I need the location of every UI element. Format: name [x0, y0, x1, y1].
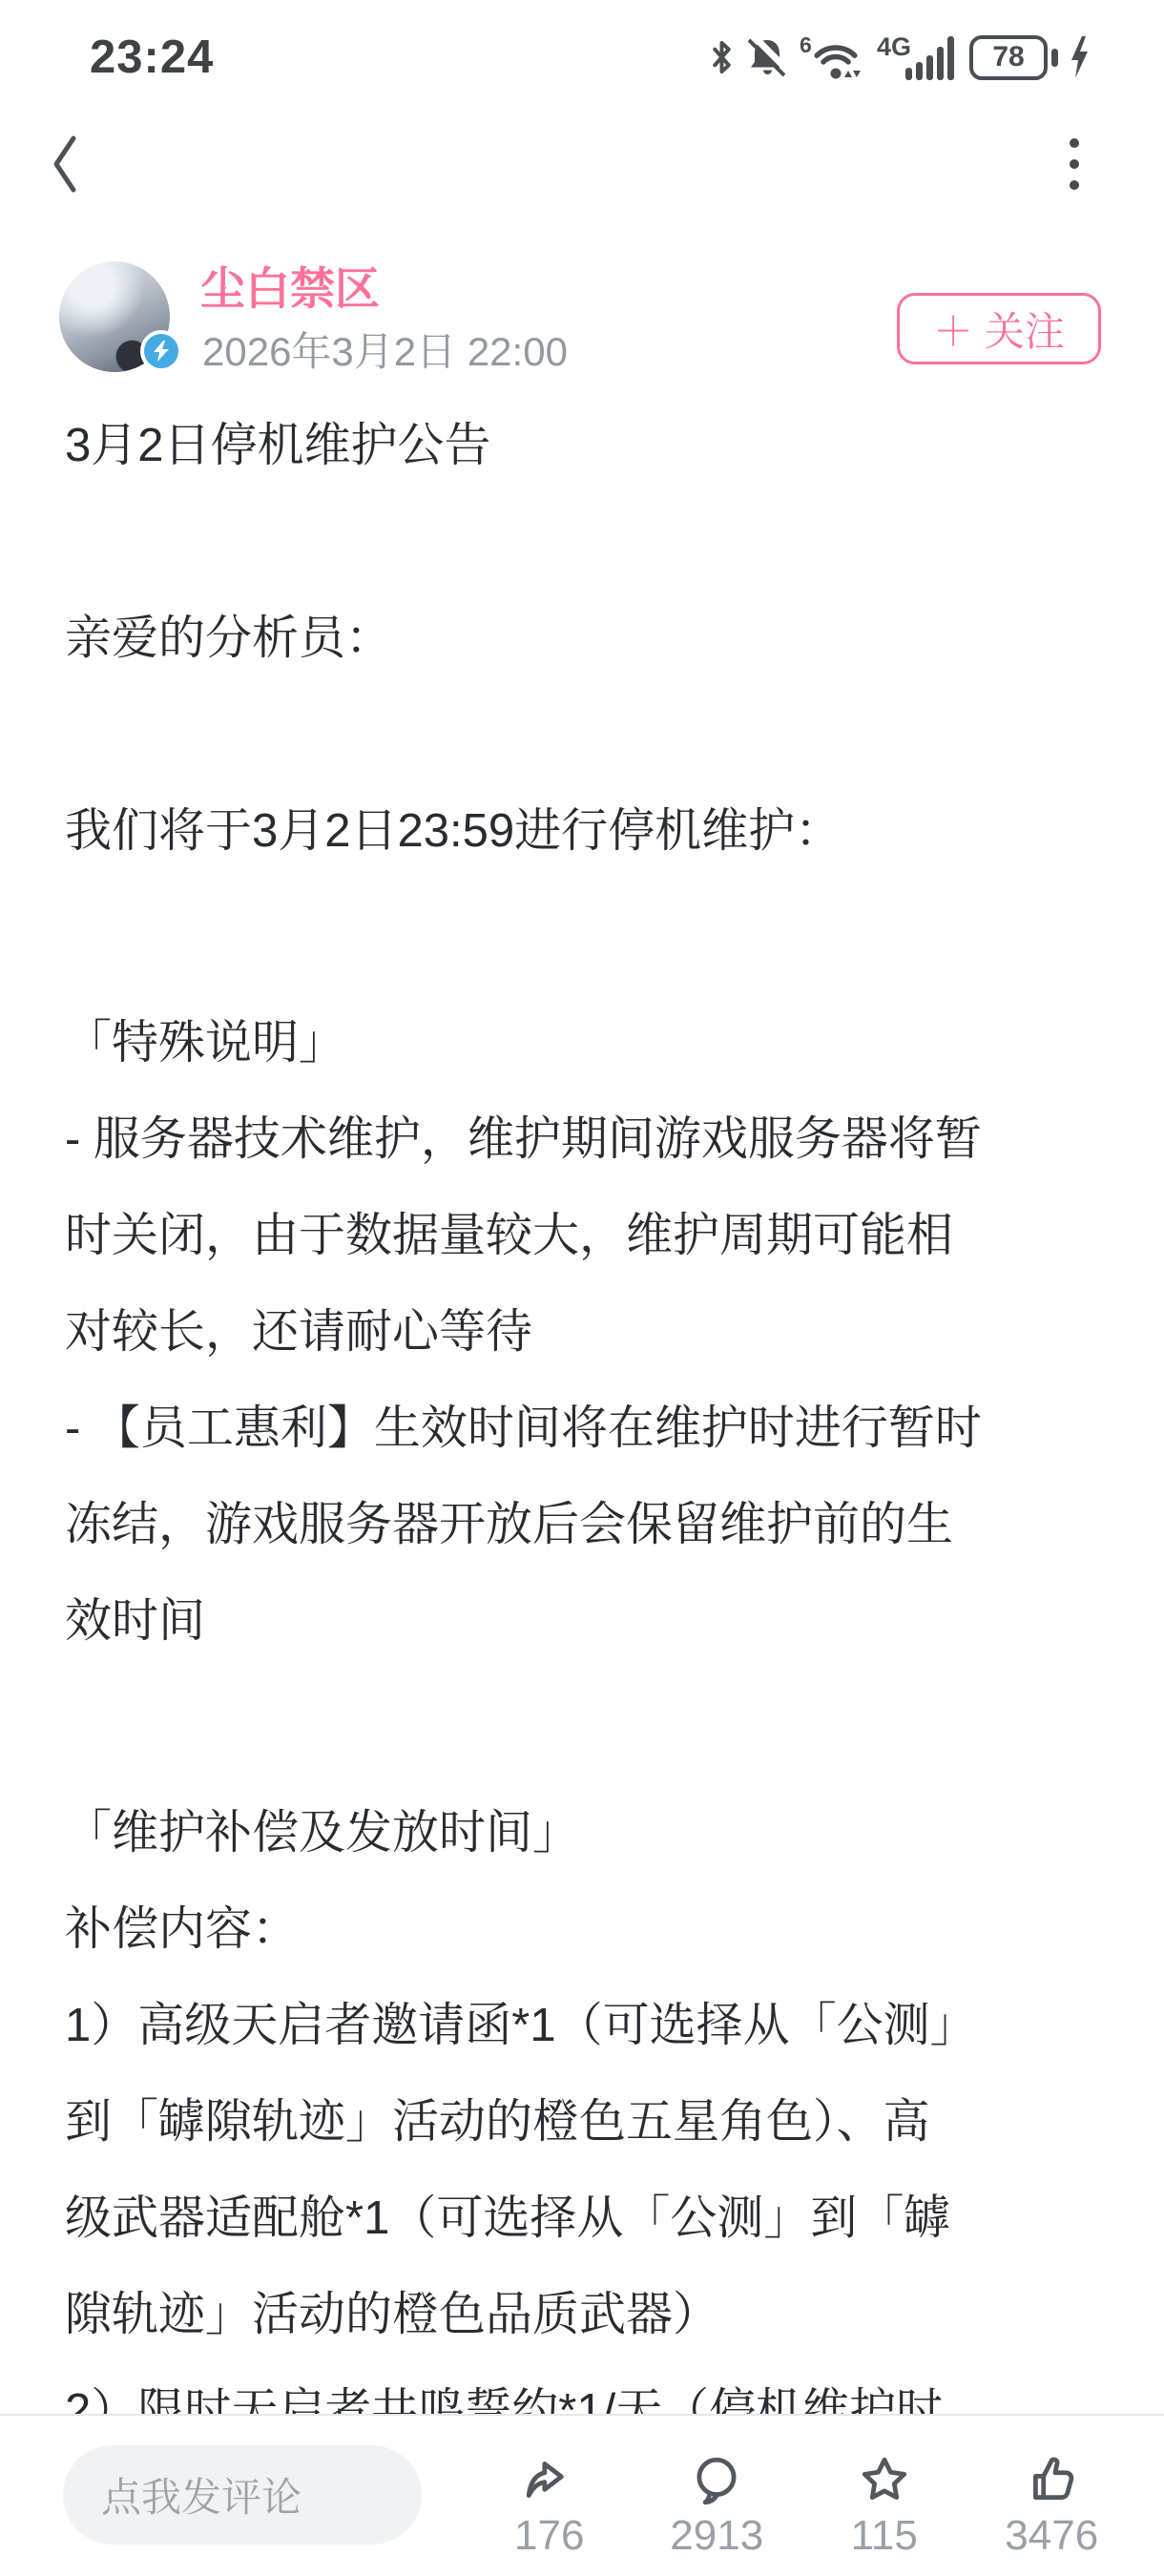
comment-input[interactable]: 点我发评论	[63, 2445, 422, 2545]
post-section-heading: 「维护补偿及发放时间」	[65, 1785, 1126, 1881]
post-date: 2026年3月2日 22:00	[202, 321, 568, 378]
post-line: 我们将于3月2日23:59进行停机维护：	[65, 783, 1126, 880]
bottom-action-bar: 点我发评论 176 2913 115	[0, 2414, 1164, 2576]
author-row: 尘白禁区 2026年3月2日 22:00 ＋ 关注	[0, 261, 1164, 385]
author-name[interactable]: 尘白禁区	[200, 254, 380, 318]
charging-bolt-icon	[1069, 35, 1090, 79]
cellular-4g-icon: 4G	[877, 34, 959, 80]
action-buttons: 176 2913 115 3476	[466, 2416, 1135, 2576]
charge-badge	[140, 330, 182, 372]
post-line: 1）高级天启者邀请函*1（可选择从「公测」	[65, 1978, 1126, 2074]
post-line: 到「罅隙轨迹」活动的橙色五星角色）、高	[65, 2074, 1126, 2171]
comment-count: 2913	[670, 2515, 763, 2557]
post-blank-line	[65, 687, 1126, 783]
wifi6-icon: 6	[800, 34, 866, 80]
share-count: 176	[514, 2515, 584, 2557]
thumbs-up-icon	[1024, 2452, 1079, 2507]
like-count: 3476	[1005, 2515, 1098, 2557]
share-icon	[522, 2452, 577, 2507]
post-section-heading: 「特殊说明」	[65, 995, 1126, 1091]
lightning-icon	[150, 340, 173, 363]
post-blank-line	[65, 1670, 1126, 1785]
post-line: 效时间	[65, 1573, 1126, 1670]
svg-text:6: 6	[800, 34, 812, 57]
follow-label: ＋ 关注	[933, 301, 1065, 358]
favorite-count: 115	[851, 2515, 918, 2557]
share-button[interactable]: 176	[466, 2416, 634, 2576]
post-line: - 服务器技术维护，维护期间游戏服务器将暂	[65, 1091, 1126, 1188]
post-line: 冻结，游戏服务器开放后会保留维护前的生	[65, 1477, 1126, 1573]
clock: 23:24	[90, 31, 214, 84]
comment-button[interactable]: 2913	[634, 2416, 801, 2576]
post-line: - 【员工惠利】生效时间将在维护时进行暂时	[65, 1381, 1126, 1477]
post-line: 对较长，还请耐心等待	[65, 1284, 1126, 1381]
notifications-muted-icon	[745, 35, 789, 79]
favorite-button[interactable]: 115	[800, 2416, 968, 2576]
bluetooth-icon	[709, 37, 735, 77]
follow-button[interactable]: ＋ 关注	[897, 293, 1101, 364]
battery-percent: 78	[992, 41, 1024, 73]
nav-bar	[0, 105, 1164, 221]
post-line: 时关闭，由于数据量较大，维护周期可能相	[65, 1188, 1126, 1284]
battery-nub	[1051, 49, 1058, 67]
like-button[interactable]: 3476	[968, 2416, 1136, 2576]
star-icon	[857, 2452, 912, 2507]
post-line: 亲爱的分析员：	[65, 591, 1126, 687]
post-title-line: 3月2日停机维护公告	[65, 398, 1126, 494]
post-detail-page: 23:24 6 4G	[0, 0, 1164, 2576]
kebab-dot	[1070, 180, 1079, 190]
back-chevron-icon	[46, 132, 84, 197]
kebab-dot	[1070, 159, 1079, 169]
post-blank-line	[65, 494, 1126, 591]
more-options-button[interactable]	[1053, 126, 1095, 202]
status-bar: 23:24 6 4G	[0, 0, 1164, 105]
comment-icon	[689, 2452, 744, 2507]
back-button[interactable]	[46, 132, 84, 197]
battery-icon: 78	[969, 35, 1058, 80]
post-line: 补偿内容：	[65, 1881, 1126, 1978]
post-line: 隙轨迹」活动的橙色品质武器）	[65, 2267, 1126, 2363]
post-content: 3月2日停机维护公告 亲爱的分析员： 我们将于3月2日23:59进行停机维护： …	[65, 398, 1126, 2460]
post-line: 级武器适配舱*1（可选择从「公测」到「罅	[65, 2171, 1126, 2267]
post-blank-line	[65, 880, 1126, 995]
author-avatar[interactable]	[59, 261, 170, 372]
svg-text:4G: 4G	[877, 34, 911, 61]
kebab-dot	[1070, 138, 1079, 148]
status-icons: 6 4G 78	[709, 34, 1090, 80]
